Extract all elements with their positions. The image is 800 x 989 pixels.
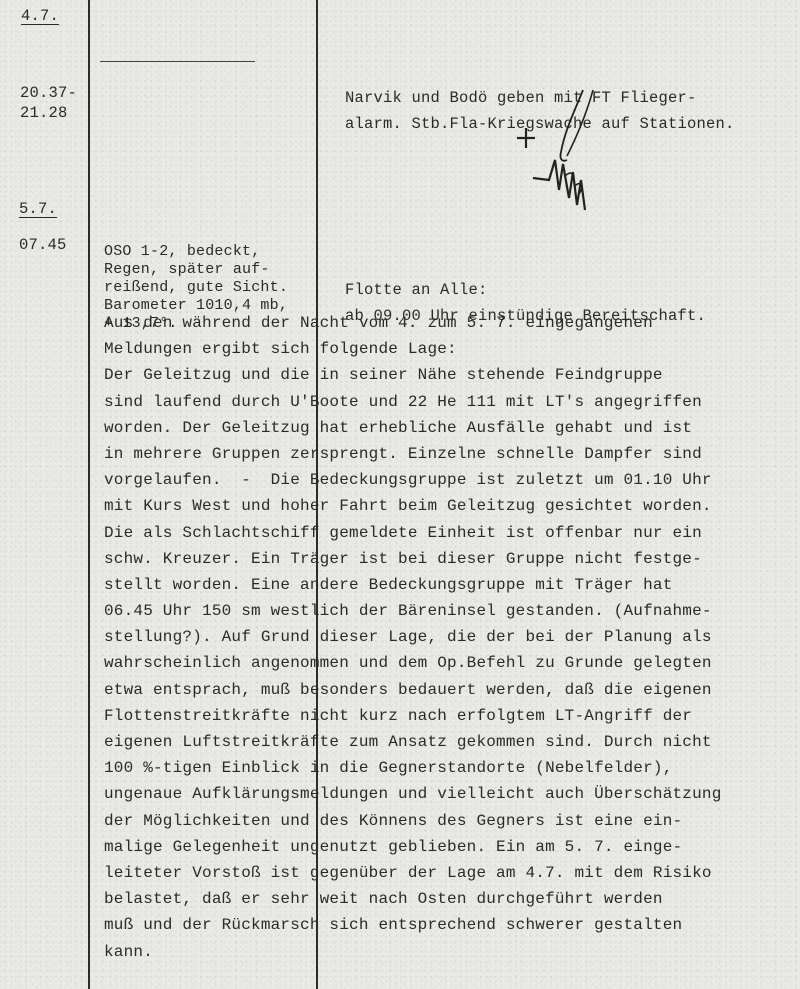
body-line: leiteter Vorstoß ist gegenüber der Lage … xyxy=(104,860,722,886)
body-line: 100 %-tigen Einblick in die Gegnerstando… xyxy=(104,755,722,781)
entry-date: 4.7. xyxy=(21,5,59,28)
body-line: ungenaue Aufklärungsmeldungen und vielle… xyxy=(104,781,722,807)
body-line: der Möglichkeiten und des Könnens des Ge… xyxy=(104,808,722,834)
body-line: 06.45 Uhr 150 sm westlich der Bäreninsel… xyxy=(104,598,722,624)
event-line: Flotte an Alle: xyxy=(345,277,706,303)
body-line: belastet, daß er sehr weit nach Osten du… xyxy=(104,886,722,912)
body-line: stellt worden. Eine andere Bedeckungsgru… xyxy=(104,572,722,598)
body-line: muß und der Rückmarsch sich entsprechend… xyxy=(104,912,722,938)
body-line: malige Gelegenheit ungenutzt geblieben. … xyxy=(104,834,722,860)
body-line: wahrscheinlich angenommen und dem Op.Bef… xyxy=(104,650,722,676)
body-line: Die als Schlachtschiff gemeldete Einheit… xyxy=(104,520,722,546)
body-line: eigenen Luftstreitkräfte zum Ansatz geko… xyxy=(104,729,722,755)
weather-line: OSO 1-2, bedeckt, xyxy=(104,243,288,261)
entry-date: 5.7. xyxy=(19,198,57,221)
body-line: Der Geleitzug und die in seiner Nähe ste… xyxy=(104,362,722,388)
body-line: Meldungen ergibt sich folgende Lage: xyxy=(104,336,722,362)
column-stroke xyxy=(100,61,255,62)
body-line: in mehrere Gruppen zersprengt. Einzelne … xyxy=(104,441,722,467)
body-line: Flottenstreitkräfte nicht kurz nach erfo… xyxy=(104,703,722,729)
body-line: mit Kurs West und hoher Fahrt beim Gelei… xyxy=(104,493,722,519)
body-line: kann. xyxy=(104,939,722,965)
entry-time: 20.37-21.28 xyxy=(20,38,77,146)
body-line: stellung?). Auf Grund dieser Lage, die d… xyxy=(104,624,722,650)
time-end: 21.28 xyxy=(20,103,77,123)
signature xyxy=(505,90,615,225)
body-line: etwa entsprach, muß besonders bedauert w… xyxy=(104,677,722,703)
body-line: Aus den während der Nacht vom 4. zum 5. … xyxy=(104,310,722,336)
body-line: vorgelaufen. - Die Bedeckungsgruppe ist … xyxy=(104,467,722,493)
entry-time: 07.45 xyxy=(19,234,67,257)
column-divider-left xyxy=(88,0,90,989)
weather-line: reißend, gute Sicht. xyxy=(104,279,288,297)
body-line: worden. Der Geleitzug hat erhebliche Aus… xyxy=(104,415,722,441)
weather-line: Regen, später auf- xyxy=(104,261,288,279)
body-line: sind laufend durch U'Boote und 22 He 111… xyxy=(104,389,722,415)
time-start: 20.37- xyxy=(20,83,77,103)
signature-initials-icon xyxy=(505,90,615,220)
situation-assessment: Aus den während der Nacht vom 4. zum 5. … xyxy=(104,310,722,965)
body-line: schw. Kreuzer. Ein Träger ist bei dieser… xyxy=(104,546,722,572)
